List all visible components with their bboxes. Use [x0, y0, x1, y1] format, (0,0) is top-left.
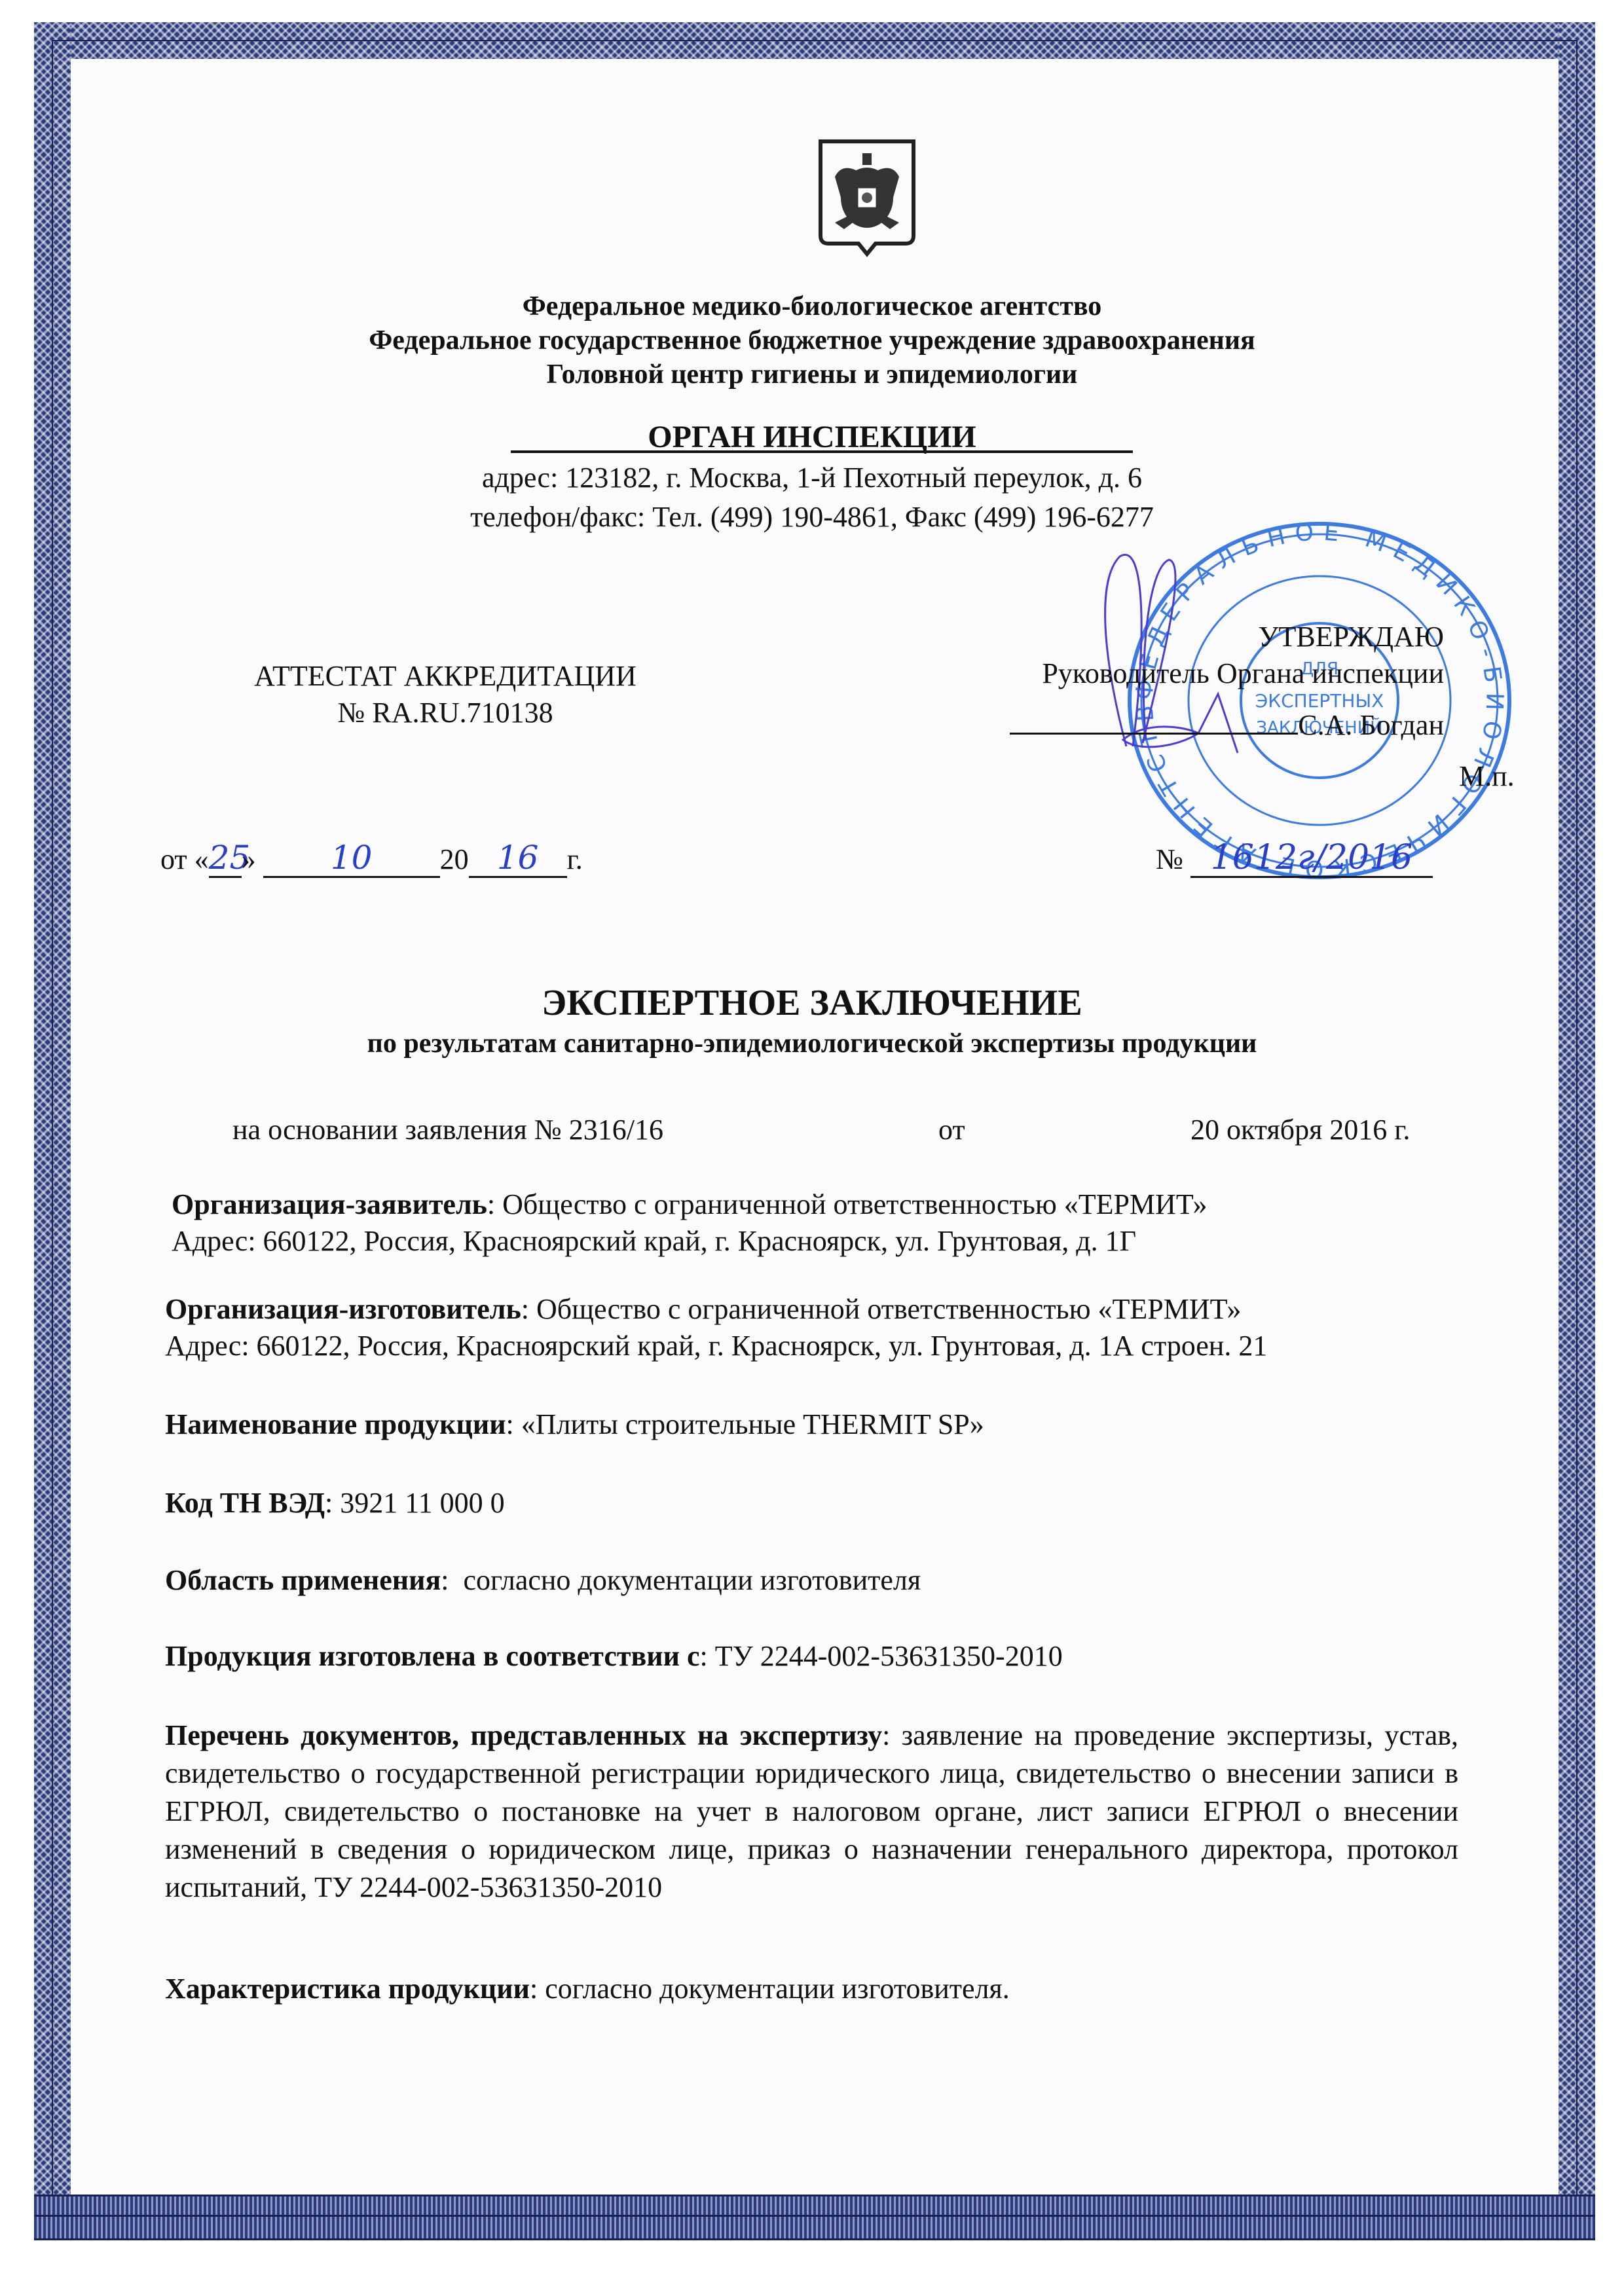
doc-number-value: 1612г/2016 — [1190, 839, 1433, 878]
product-name-value: : «Плиты строительные THERMIT SP» — [506, 1408, 984, 1440]
basis-date: 20 октября 2016 г. — [1190, 1112, 1410, 1148]
characteristics-row: Характеристика продукции: согласно докум… — [165, 1971, 1010, 2007]
signature-line: С.А. Богдан — [851, 706, 1444, 744]
manufacturer-value: : Общество с ограниченной ответственност… — [521, 1293, 1242, 1325]
agency-line-3: Головной центр гигиены и эпидемиологии — [0, 357, 1624, 392]
accreditation-number: № RA.RU.710138 — [196, 695, 694, 731]
manufacturer-address: Адрес: 660122, Россия, Красноярский край… — [165, 1328, 1462, 1364]
guilloche-border-bottom — [34, 2195, 1595, 2240]
approval-block: УТВЕРЖДАЮ Руководитель Органа инспекции … — [851, 619, 1444, 744]
date-suffix: г. — [567, 843, 583, 875]
documents-label: Перечень документов, представленных на э… — [165, 1719, 882, 1751]
approver-position: Руководитель Органа инспекции — [851, 655, 1444, 692]
conformity-label: Продукция изготовлена в соответствии с — [165, 1640, 699, 1672]
scope-label: Область применения — [165, 1564, 441, 1596]
product-name-label: Наименование продукции — [165, 1408, 506, 1440]
issue-date: от «25» 102016г. — [160, 839, 583, 878]
seal-mark: М.п. — [1459, 758, 1515, 795]
characteristics-value: : согласно документации изготовителя. — [530, 1973, 1010, 2005]
organ-address-block: адрес: 123182, г. Москва, 1-й Пехотный п… — [0, 458, 1624, 537]
basis-text: на основании заявления № 2316/16 — [232, 1112, 663, 1148]
conformity-value: : ТУ 2244-002-53631350-2010 — [699, 1640, 1062, 1672]
tn-ved-value: : 3921 11 000 0 — [325, 1487, 505, 1519]
scope-row: Область применения: согласно документаци… — [165, 1562, 921, 1599]
document-title: ЭКСПЕРТНОЕ ЗАКЛЮЧЕНИЕ — [0, 982, 1624, 1024]
accreditation-label: АТТЕСТАТ АККРЕДИТАЦИИ — [196, 658, 694, 695]
date-mid: » — [242, 843, 256, 875]
organ-address: адрес: 123182, г. Москва, 1-й Пехотный п… — [0, 458, 1624, 498]
applicant-section: Организация-заявитель: Общество с ограни… — [172, 1186, 1449, 1260]
product-name-row: Наименование продукции: «Плиты строитель… — [165, 1406, 984, 1443]
manufacturer-section: Организация-изготовитель: Общество с огр… — [165, 1291, 1462, 1364]
documents-section: Перечень документов, представленных на э… — [165, 1717, 1458, 1906]
agency-header: Федеральное медико-биологическое агентст… — [0, 289, 1624, 392]
applicant-label: Организация-заявитель — [172, 1188, 487, 1220]
manufacturer-label: Организация-изготовитель — [165, 1293, 521, 1325]
approve-label: УТВЕРЖДАЮ — [851, 619, 1444, 655]
accreditation-block: АТТЕСТАТ АККРЕДИТАЦИИ № RA.RU.710138 — [196, 658, 694, 731]
basis-from: от — [938, 1112, 965, 1148]
conformity-row: Продукция изготовлена в соответствии с: … — [165, 1638, 1063, 1675]
applicant-address: Адрес: 660122, Россия, Красноярский край… — [172, 1223, 1449, 1260]
organ-title: ОРГАН ИНСПЕКЦИИ — [0, 419, 1624, 455]
document-number: № 1612г/2016 — [1156, 839, 1433, 878]
agency-line-1: Федеральное медико-биологическое агентст… — [0, 289, 1624, 323]
coat-of-arms-icon — [815, 137, 919, 262]
date-century: 20 — [440, 843, 469, 875]
doc-number-prefix: № — [1156, 843, 1183, 875]
tn-ved-row: Код ТН ВЭД: 3921 11 000 0 — [165, 1485, 505, 1522]
organ-title-underline — [511, 450, 1133, 453]
tn-ved-label: Код ТН ВЭД — [165, 1487, 325, 1519]
date-day: 25 — [209, 839, 242, 878]
date-year: 16 — [469, 839, 567, 878]
organ-phone-fax: телефон/факс: Тел. (499) 190-4861, Факс … — [0, 498, 1624, 537]
document-subtitle: по результатам санитарно-эпидемиологичес… — [0, 1028, 1624, 1059]
signatory-name: С.А. Богдан — [1298, 709, 1444, 741]
scope-value: : согласно документации изготовителя — [441, 1564, 921, 1596]
applicant-value: : Общество с ограниченной ответственност… — [487, 1188, 1208, 1220]
characteristics-label: Характеристика продукции — [165, 1973, 530, 2005]
signature-field — [1010, 706, 1298, 735]
agency-line-2: Федеральное государственное бюджетное уч… — [0, 323, 1624, 357]
date-month: 10 — [263, 839, 440, 878]
date-prefix: от « — [160, 843, 209, 875]
